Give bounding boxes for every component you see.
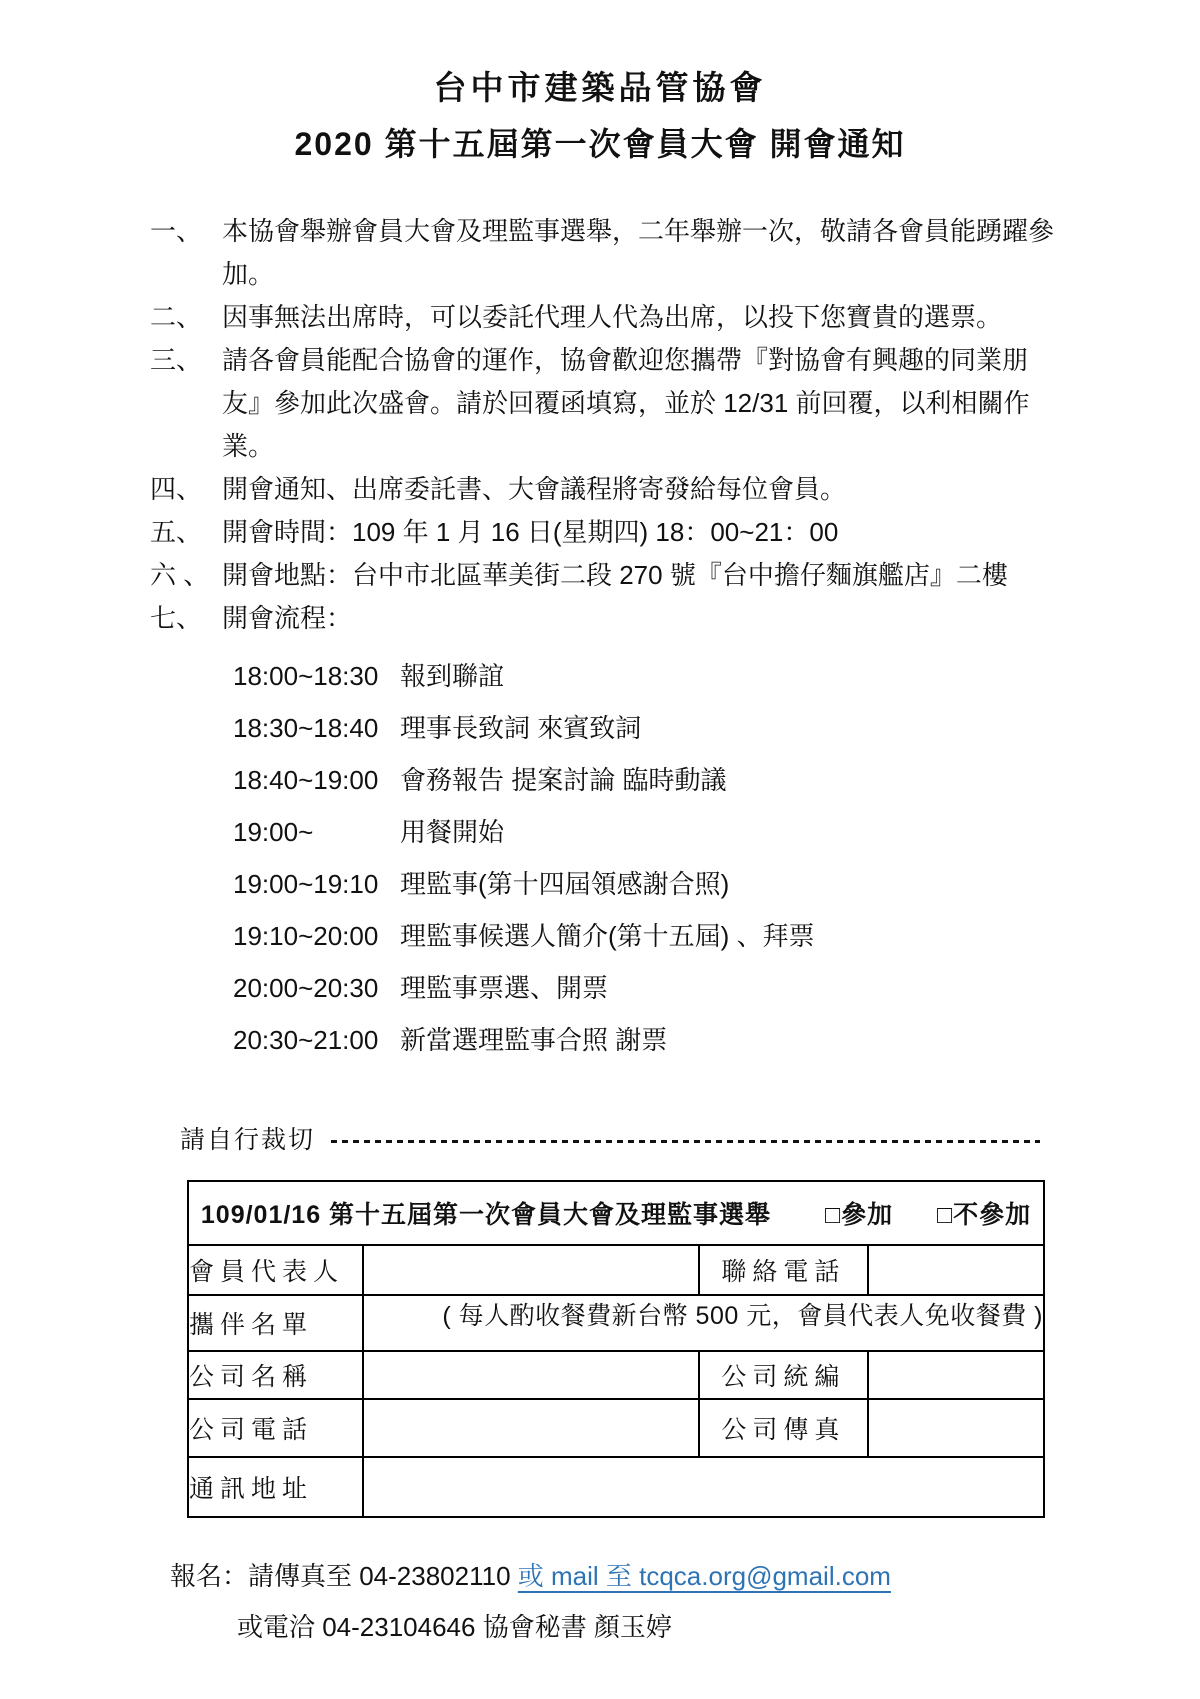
field-value-company-phone xyxy=(363,1399,699,1457)
list-item-number: 五、 xyxy=(150,511,222,554)
signup-instructions: 報名：請傳真至 04-23802110 或 mail 至 tcqca.org@g… xyxy=(170,1556,1200,1593)
schedule-activity: 會務報告 提案討論 臨時動議 xyxy=(400,754,726,806)
fax-signup-text: 報名：請傳真至 04-23802110 xyxy=(170,1561,518,1591)
field-value-mailing-address xyxy=(363,1457,1044,1517)
title-block: 台中市建築品管協會 2020 第十五屆第一次會員大會 開會通知 xyxy=(0,0,1200,166)
list-item-text: 開會地點：台中市北區華美街二段 270 號『台中擔仔麵旗艦店』二樓 xyxy=(222,554,1055,597)
list-item-text: 請各會員能配合協會的運作，協會歡迎您攜帶『對協會有興趣的同業朋友』參加此次盛會。… xyxy=(222,339,1055,468)
list-item: 二、 因事無法出席時，可以委託代理人代為出席，以投下您寶貴的選票。 xyxy=(150,296,1055,339)
schedule-activity: 用餐開始 xyxy=(400,806,504,858)
list-item: 七、 開會流程： xyxy=(150,597,1055,640)
email-link[interactable]: 或 mail 至 tcqca.org@gmail.com xyxy=(518,1561,891,1591)
schedule-time: 19:00~ xyxy=(233,806,400,858)
field-label-contact-phone: 聯絡電話 xyxy=(699,1245,868,1295)
schedule-time: 19:10~20:00 xyxy=(233,910,400,962)
schedule-activity: 新當選理監事合照 謝票 xyxy=(400,1014,667,1066)
field-value-company-tax-id xyxy=(868,1351,1044,1399)
table-row: 會員代表人 聯絡電話 xyxy=(188,1245,1044,1295)
list-item-number: 六 、 xyxy=(150,554,222,597)
field-label-member-rep: 會員代表人 xyxy=(188,1245,363,1295)
field-value-member-rep xyxy=(363,1245,699,1295)
meeting-schedule: 18:00~18:30 報到聯誼 18:30~18:40 理事長致詞 來賓致詞 … xyxy=(233,650,1200,1066)
table-row: 攜伴名單 ( 每人酌收餐費新台幣 500 元，會員代表人免收餐費 ) xyxy=(188,1295,1044,1351)
schedule-time: 20:00~20:30 xyxy=(233,962,400,1014)
page-title: 台中市建築品管協會 xyxy=(0,66,1200,110)
schedule-row: 20:30~21:00 新當選理監事合照 謝票 xyxy=(233,1014,1200,1066)
schedule-row: 19:10~20:00 理監事候選人簡介(第十五屆) 、拜票 xyxy=(233,910,1200,962)
schedule-time: 18:40~19:00 xyxy=(233,754,400,806)
list-item-text: 開會通知、出席委託書、大會議程將寄發給每位會員。 xyxy=(222,468,1055,511)
reply-form-table: 109/01/16 第十五屆第一次會員大會及理監事選舉 □參加 □不參加 會員代… xyxy=(187,1180,1045,1518)
field-label-company-tax-id: 公司統編 xyxy=(699,1351,868,1399)
list-item-text: 因事無法出席時，可以委託代理人代為出席，以投下您寶貴的選票。 xyxy=(222,296,1055,339)
table-row: 公司名稱 公司統編 xyxy=(188,1351,1044,1399)
schedule-row: 20:00~20:30 理監事票選、開票 xyxy=(233,962,1200,1014)
attend-option: □參加 xyxy=(825,1201,893,1229)
list-item-text: 開會時間：109 年 1 月 16 日(星期四) 18：00~21：00 xyxy=(222,511,1055,554)
schedule-time: 20:30~21:00 xyxy=(233,1014,400,1066)
field-value-contact-phone xyxy=(868,1245,1044,1295)
schedule-row: 19:00~ 用餐開始 xyxy=(233,806,1200,858)
field-value-company-name xyxy=(363,1351,699,1399)
phone-contact-text: 或電洽 04-23104646 協會秘書 顏玉婷 xyxy=(237,1607,1200,1644)
schedule-activity: 理監事候選人簡介(第十五屆) 、拜票 xyxy=(400,910,815,962)
list-item-text: 開會流程： xyxy=(222,597,1055,640)
cut-here-label: 請自行裁切 xyxy=(180,1120,315,1156)
schedule-activity: 理事長致詞 來賓致詞 xyxy=(400,702,641,754)
schedule-row: 18:30~18:40 理事長致詞 來賓致詞 xyxy=(233,702,1200,754)
list-item-text: 本協會舉辦會員大會及理監事選舉，二年舉辦一次，敬請各會員能踴躍參加。 xyxy=(222,210,1055,296)
schedule-row: 19:00~19:10 理監事(第十四屆領感謝合照) xyxy=(233,858,1200,910)
meal-fee-note: ( 每人酌收餐費新台幣 500 元，會員代表人免收餐費 ) xyxy=(442,1302,1043,1330)
field-value-companion-list: ( 每人酌收餐費新台幣 500 元，會員代表人免收餐費 ) xyxy=(363,1295,1044,1351)
field-label-companion-list: 攜伴名單 xyxy=(188,1295,363,1351)
schedule-time: 18:30~18:40 xyxy=(233,702,400,754)
field-label-company-phone: 公司電話 xyxy=(188,1399,363,1457)
list-item-number: 二、 xyxy=(150,296,222,339)
schedule-row: 18:40~19:00 會務報告 提案討論 臨時動議 xyxy=(233,754,1200,806)
list-item-number: 四、 xyxy=(150,468,222,511)
field-value-company-fax xyxy=(868,1399,1044,1457)
schedule-row: 18:00~18:30 報到聯誼 xyxy=(233,650,1200,702)
field-label-company-fax: 公司傳真 xyxy=(699,1399,868,1457)
list-item: 三、 請各會員能配合協會的運作，協會歡迎您攜帶『對協會有興趣的同業朋友』參加此次… xyxy=(150,339,1055,468)
form-header-row: 109/01/16 第十五屆第一次會員大會及理監事選舉 □參加 □不參加 xyxy=(188,1181,1044,1245)
list-item: 一、 本協會舉辦會員大會及理監事選舉，二年舉辦一次，敬請各會員能踴躍參加。 xyxy=(150,210,1055,296)
table-row: 通訊地址 xyxy=(188,1457,1044,1517)
list-item-number: 一、 xyxy=(150,210,222,253)
cut-here-line: 請自行裁切 xyxy=(180,1120,1040,1156)
cut-dashed-line xyxy=(331,1140,1040,1143)
schedule-activity: 理監事(第十四屆領感謝合照) xyxy=(400,858,729,910)
schedule-activity: 理監事票選、開票 xyxy=(400,962,608,1014)
field-label-mailing-address: 通訊地址 xyxy=(188,1457,363,1517)
field-label-company-name: 公司名稱 xyxy=(188,1351,363,1399)
schedule-time: 18:00~18:30 xyxy=(233,650,400,702)
schedule-time: 19:00~19:10 xyxy=(233,858,400,910)
page-subtitle: 2020 第十五屆第一次會員大會 開會通知 xyxy=(0,122,1200,166)
list-item: 六 、 開會地點：台中市北區華美街二段 270 號『台中擔仔麵旗艦店』二樓 xyxy=(150,554,1055,597)
schedule-activity: 報到聯誼 xyxy=(400,650,504,702)
list-item-number: 七、 xyxy=(150,597,222,640)
notice-item-list: 一、 本協會舉辦會員大會及理監事選舉，二年舉辦一次，敬請各會員能踴躍參加。 二、… xyxy=(150,210,1055,640)
list-item: 五、 開會時間：109 年 1 月 16 日(星期四) 18：00~21：00 xyxy=(150,511,1055,554)
not-attend-option: □不參加 xyxy=(937,1201,1031,1229)
table-row: 公司電話 公司傳真 xyxy=(188,1399,1044,1457)
document-page: 台中市建築品管協會 2020 第十五屆第一次會員大會 開會通知 一、 本協會舉辦… xyxy=(0,0,1200,1699)
list-item: 四、 開會通知、出席委託書、大會議程將寄發給每位會員。 xyxy=(150,468,1055,511)
form-header-title: 109/01/16 第十五屆第一次會員大會及理監事選舉 xyxy=(201,1201,771,1229)
list-item-number: 三、 xyxy=(150,339,222,382)
